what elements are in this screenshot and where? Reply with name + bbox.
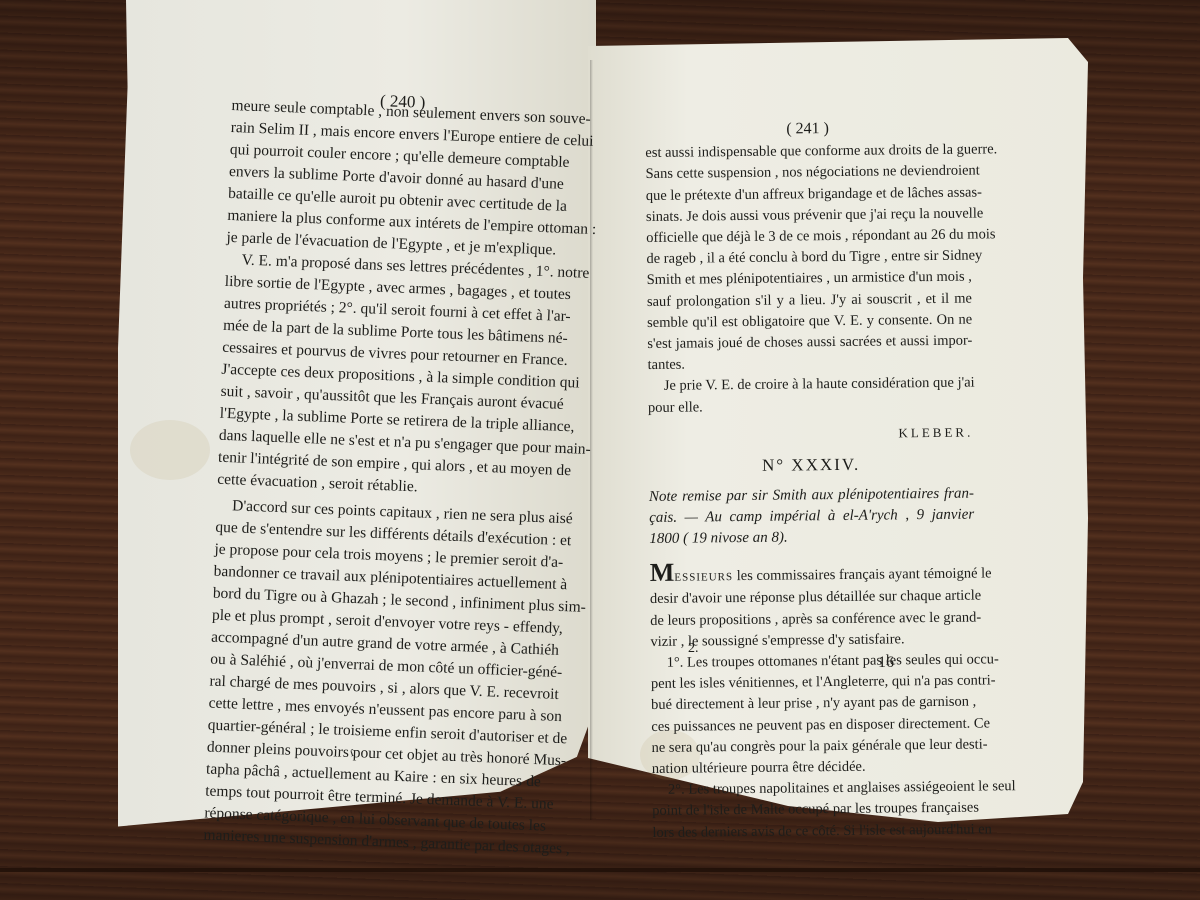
table-groove [0,868,1200,872]
text-line: pour elle. [648,394,973,419]
text-line: ne sera qu'au congrès pour la paix génér… [651,734,976,759]
text-line: lors des derniers avis de ce côté. Si l'… [652,819,977,844]
text-line: bué directement à leur prise , n'y ayant… [651,692,976,717]
text-line: point de l'isle de Malte occupé par les … [652,798,977,823]
text-line: desir d'avoir une réponse plus détaillée… [650,586,975,611]
left-paragraph-3: D'accord sur ces points capitaux , rien … [203,495,551,860]
right-paragraph-2: Je prie V. E. de croire à la haute consi… [648,373,973,419]
note-line: çais. — Au camp impérial à el-A'rych , 9… [649,505,974,529]
text-line: de leurs propositions , après sa confére… [650,607,975,632]
right-paragraph-1: est aussi indispensable que conforme aux… [645,140,972,377]
right-paragraph-4: 1°. Les troupes ottomanes n'étant pas le… [651,650,977,781]
document-note: Note remise par sir Smith aux plénipoten… [649,484,975,550]
left-paragraph-1: meure seule comptable , non seulement en… [226,95,567,262]
right-paragraph-3: MESSIEURS les commissaires français ayan… [650,559,976,653]
drop-cap: M [650,558,675,587]
right-page-text: ( 241 ) est aussi indispensable que conf… [645,117,978,844]
text-line: Je prie V. E. de croire à la haute consi… [648,373,973,398]
signature-mark: 2. [688,641,699,657]
note-line: 1800 ( 19 nivose an 8). [649,526,974,550]
text-line: MESSIEURS les commissaires français ayan… [650,559,975,590]
left-paragraph-2: V. E. m'a proposé dans ses lettres précé… [217,249,561,504]
text-fragment: les commissaires français ayant témoigné… [733,566,992,585]
text-line: Sans cette suspension , nos négociations… [645,161,970,186]
right-page-number: ( 241 ) [645,117,970,142]
gathering-number: 16 [878,654,894,672]
text-line: Smith et mes plénipotentiaires , un armi… [647,267,972,292]
document-heading: N° XXXIV. [649,453,974,478]
right-paragraph-5: 2°. Les troupes napolitaines et anglaise… [652,777,978,844]
text-line: s'est jamais joué de choses aussi sacrée… [647,331,972,356]
book-gutter [590,60,593,820]
signature-kleber: KLEBER. [648,421,973,446]
paper-stain [130,420,210,480]
left-page-text: meure seule comptable , non seulement en… [203,95,567,859]
small-caps: ESSIEURS [674,571,733,584]
